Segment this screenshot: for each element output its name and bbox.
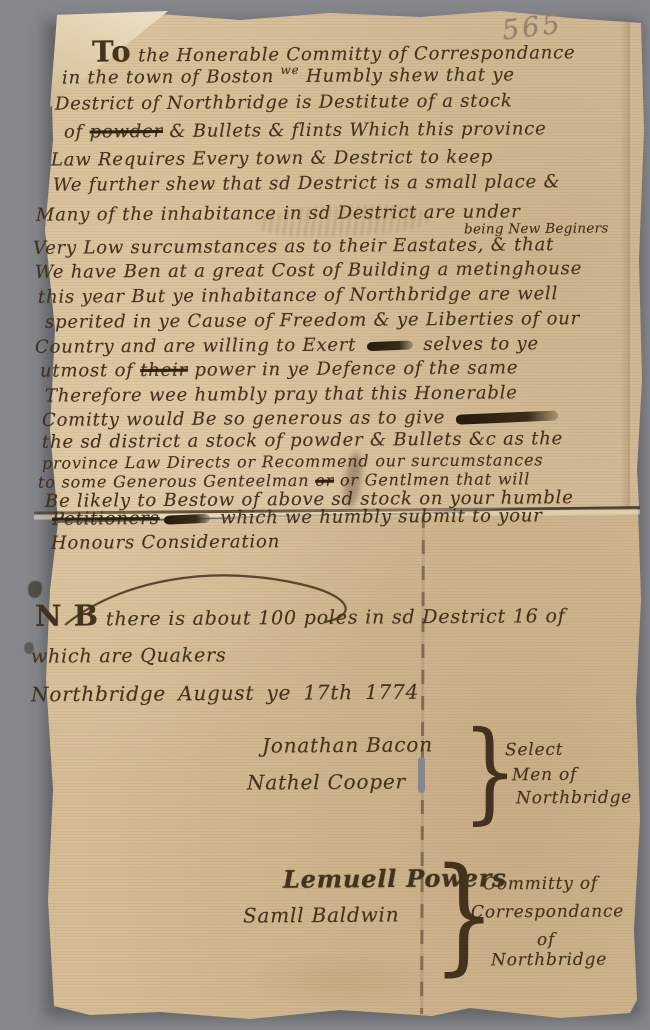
signature-name: Samll Baldwin (243, 902, 400, 927)
text-segment: in the town of Boston (62, 66, 281, 89)
signature-role-line: Committy of (483, 874, 598, 895)
manuscript-line: of powder & Bullets & flints Which this … (64, 118, 547, 142)
text-segment: this year But ye inhabitance of Northbri… (38, 283, 558, 308)
right-edge-crease (620, 22, 630, 506)
text-segment: Country and are willing to Exert (35, 334, 363, 357)
manuscript-line: Comitty would Be so generous as to give (42, 406, 562, 431)
manuscript-line: Very Low surcumstances as to their Easta… (33, 234, 554, 259)
manuscript-line: in the town of Boston we Humbly shew tha… (62, 64, 515, 88)
text-segment: Destrict of Northbridge is Destitute of … (55, 90, 513, 114)
manuscript-line: utmost of their power in ye Defence of t… (40, 357, 518, 381)
text-segment: Honours Consideration (51, 531, 280, 554)
signature-role-line: Northbridge (491, 950, 607, 971)
manuscript-line: sperited in ye Cause of Freedom & ye Lib… (45, 308, 580, 333)
signature-role-line: of (537, 930, 555, 950)
text-segment: Petitioners (52, 508, 160, 530)
signature-role-line: Men of (512, 765, 577, 785)
bottom-stain (240, 950, 440, 1010)
tear-gap (418, 757, 425, 793)
text-segment: & Bullets & flints Which this province (163, 118, 547, 142)
text-segment: which are Quakers (31, 644, 227, 667)
text-segment: sperited in ye Cause of Freedom & ye Lib… (45, 308, 580, 333)
nota-bene-line: which are Quakers (31, 644, 227, 667)
manuscript-line: Law Requires Every town & Destrict to ke… (51, 146, 493, 170)
text-segment: the sd district a stock of powder & Bull… (42, 428, 563, 453)
manuscript-line: Honours Consideration (51, 531, 280, 554)
manuscript-line: We have Ben at a great Cost of Building … (35, 258, 582, 283)
manuscript-line: Destrict of Northbridge is Destitute of … (55, 90, 513, 114)
dateline: Northbridge August ye 17th 1774 (31, 680, 419, 707)
manuscript-line: Therefore wee humbly pray that this Hone… (45, 382, 518, 406)
text-segment: To (92, 34, 132, 68)
scanned-manuscript-page: To the Honerable Committy of Corresponda… (0, 0, 650, 1030)
signature-name: Jonathan Bacon (262, 732, 433, 757)
scribbled-out-word (456, 410, 558, 424)
manuscript-line: We further shew that sd Destrict is a sm… (53, 171, 560, 196)
text-segment: of (64, 122, 90, 143)
text-segment: Comitty would Be so generous as to give (42, 407, 452, 431)
text-segment: Law Requires Every town & Destrict to ke… (51, 146, 493, 170)
text-segment: N B (35, 598, 99, 632)
text-segment: Very Low surcumstances as to their Easta… (33, 234, 554, 259)
text-segment: or (315, 471, 334, 490)
text-segment: We further shew that sd Destrict is a sm… (53, 171, 560, 196)
text-segment: we (280, 63, 299, 77)
signature-name: Nathel Cooper (247, 769, 406, 794)
manuscript-line: the sd district a stock of powder & Bull… (42, 428, 563, 453)
text-segment: their (140, 360, 188, 381)
signature-role-line: Select (505, 740, 563, 760)
text-segment: power in ye Defence of the same (188, 357, 518, 380)
text-segment: powder (90, 121, 164, 143)
signature-role-line: Northbridge (516, 788, 632, 809)
scribbled-out-word (367, 340, 413, 351)
text-segment: or Gentlmen that will (334, 469, 530, 489)
text-segment: which we humbly submit to your (214, 505, 543, 528)
manuscript-line: Many of the inhabitance in sd Destrict a… (36, 201, 521, 225)
text-segment: utmost of (40, 360, 140, 382)
manuscript-line: Country and are willing to Exert selves … (35, 333, 539, 358)
signature-brace: } (462, 716, 518, 826)
manuscript-line: Petitioners which we humbly submit to yo… (52, 505, 543, 529)
edge-stain (28, 581, 42, 598)
nota-bene-line: N B there is about 100 poles in sd Destr… (35, 595, 566, 633)
signature-role-line: Correspondance (471, 901, 624, 922)
text-segment: Many of the inhabitance in sd Destrict a… (36, 201, 521, 225)
text-segment: there is about 100 poles in sd Destrict … (99, 605, 566, 630)
text-segment: Humbly shew that ye (299, 64, 514, 87)
text-segment: Therefore wee humbly pray that this Hone… (45, 382, 518, 406)
text-segment: We have Ben at a great Cost of Building … (35, 258, 582, 283)
text-segment: selves to ye (417, 333, 539, 355)
scribbled-out-word (164, 513, 210, 524)
manuscript-line: this year But ye inhabitance of Northbri… (38, 283, 558, 308)
